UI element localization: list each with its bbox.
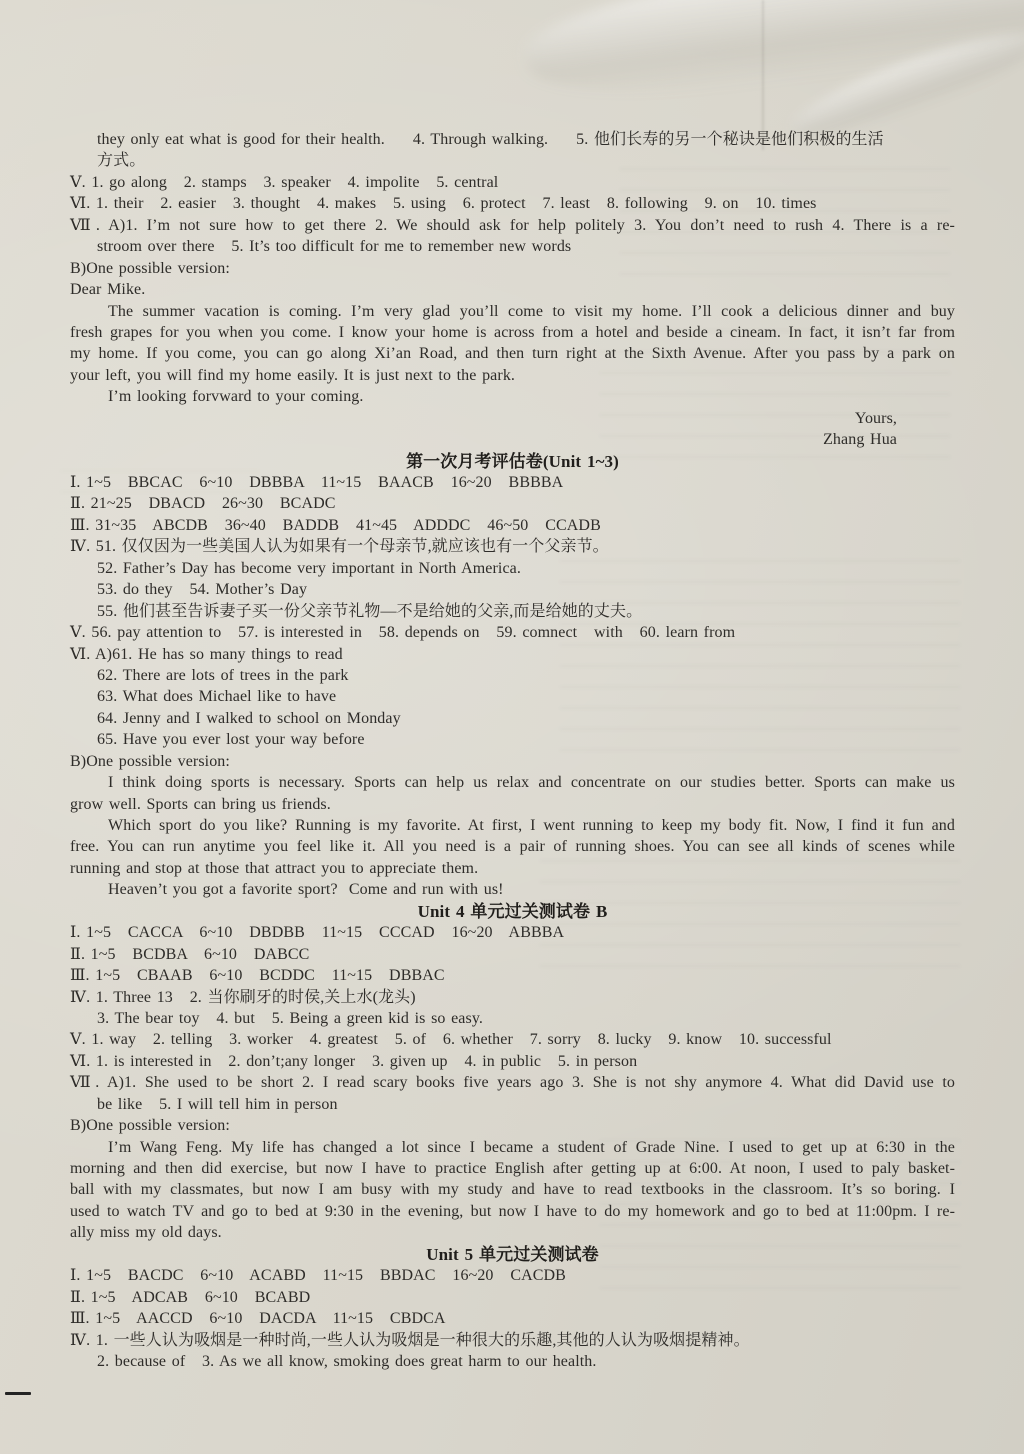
essay-line: I’m Wang Feng. My life has changed a lot…: [108, 1137, 955, 1158]
letter-body-line: your left, you will find my home easily.…: [70, 365, 955, 386]
answer-line: Ⅰ. 1~5 CACCA 6~10 DBDBB 11~15 CCCAD 16~2…: [70, 922, 955, 943]
letter-body-line: I’m looking forvward to your coming.: [108, 386, 955, 407]
answer-line: B)One possible version:: [70, 258, 955, 279]
essay-line: Heaven’t you got a favorite sport? Come …: [108, 879, 955, 900]
answer-line: 64. Jenny and I walked to school on Mond…: [97, 708, 955, 729]
answer-line: 53. do they 54. Mother’s Day: [97, 579, 955, 600]
answer-line: Ⅵ. 1. is interested in 2. don’t;any long…: [70, 1051, 955, 1072]
answer-line: Ⅴ. 1. go along 2. stamps 3. speaker 4. i…: [70, 172, 955, 193]
answer-line: Ⅵ. A)61. He has so many things to read: [70, 644, 955, 665]
page-content: they only eat what is good for their hea…: [70, 129, 955, 1372]
section-unit3-test-tail: they only eat what is good for their hea…: [70, 129, 955, 451]
section-heading: Unit 5 单元过关测试卷: [70, 1244, 955, 1265]
answer-line: Ⅴ. 56. pay attention to 57. is intereste…: [70, 622, 955, 643]
answer-line: 62. There are lots of trees in the park: [97, 665, 955, 686]
answer-line: stroom over there 5. It’s too difficult …: [97, 236, 955, 257]
answer-line: Ⅰ. 1~5 BACDC 6~10 ACABD 11~15 BBDAC 16~2…: [70, 1265, 955, 1286]
answer-line: 3. The bear toy 4. but 5. Being a green …: [97, 1008, 955, 1029]
paper-crease: [762, 0, 764, 150]
paper-crease: [519, 0, 1024, 114]
answer-line: Ⅳ. 1. Three 13 2. 当你刷牙的时侯,关上水(龙头): [70, 987, 955, 1008]
section-heading: Unit 4 单元过关测试卷 B: [70, 901, 955, 922]
essay-line: ball with my classmates, but now I am bu…: [70, 1179, 955, 1200]
answer-line: Ⅲ. 31~35 ABCDB 36~40 BADDB 41~45 ADDDC 4…: [70, 515, 955, 536]
corner-dash-mark: [5, 1392, 31, 1395]
answer-line: 55. 他们甚至告诉妻子买一份父亲节礼物—不是给她的父亲,而是给她的丈夫。: [97, 601, 955, 622]
answer-line: Ⅱ. 1~5 BCDBA 6~10 DABCC: [70, 944, 955, 965]
answer-line: B)One possible version:: [70, 751, 955, 772]
answer-line: Ⅶ. A)1. I’m not sure how to get there 2.…: [70, 215, 955, 236]
letter-body-line: my home. If you come, you can go along X…: [70, 343, 955, 364]
answer-line: Ⅳ. 1. 一些人认为吸烟是一种时尚,一些人认为吸烟是一种很大的乐趣,其他的人认…: [70, 1330, 955, 1351]
answer-line: they only eat what is good for their hea…: [97, 129, 955, 150]
scanned-page: they only eat what is good for their hea…: [0, 0, 1024, 1454]
answer-line: Ⅱ. 1~5 ADCAB 6~10 BCABD: [70, 1287, 955, 1308]
essay-line: running and stop at those that attract y…: [70, 858, 955, 879]
section-monthly-exam-unit1-3: 第一次月考评估卷(Unit 1~3) Ⅰ. 1~5 BBCAC 6~10 DBB…: [70, 451, 955, 901]
answer-line: 63. What does Michael like to have: [97, 686, 955, 707]
answer-line: Ⅱ. 21~25 DBACD 26~30 BCADC: [70, 493, 955, 514]
answer-line: Ⅰ. 1~5 BBCAC 6~10 DBBBA 11~15 BAACB 16~2…: [70, 472, 955, 493]
section-unit5-test: Unit 5 单元过关测试卷 Ⅰ. 1~5 BACDC 6~10 ACABD 1…: [70, 1244, 955, 1373]
essay-line: grow well. Sports can bring us friends.: [70, 794, 955, 815]
answer-line: 方式。: [97, 150, 955, 171]
letter-closing: Yours,: [70, 408, 955, 429]
essay-line: Which sport do you like? Running is my f…: [108, 815, 955, 836]
letter-salutation: Dear Mike.: [70, 279, 955, 300]
section-heading: 第一次月考评估卷(Unit 1~3): [70, 451, 955, 472]
answer-line: Ⅲ. 1~5 AACCD 6~10 DACDA 11~15 CBDCA: [70, 1308, 955, 1329]
answer-line: Ⅳ. 51. 仅仅因为一些美国人认为如果有一个母亲节,就应该也有一个父亲节。: [70, 536, 955, 557]
answer-line: be like 5. I will tell him in person: [97, 1094, 955, 1115]
letter-signature: Zhang Hua: [70, 429, 955, 450]
essay-line: free. You can run anytime you feel like …: [70, 836, 955, 857]
letter-body-line: The summer vacation is coming. I’m very …: [108, 301, 955, 322]
essay-line: used to watch TV and go to bed at 9:30 i…: [70, 1201, 955, 1222]
answer-line: Ⅴ. 1. way 2. telling 3. worker 4. greate…: [70, 1029, 955, 1050]
answer-line: 65. Have you ever lost your way before: [97, 729, 955, 750]
section-unit4-test-b: Unit 4 单元过关测试卷 B Ⅰ. 1~5 CACCA 6~10 DBDBB…: [70, 901, 955, 1244]
essay-line: I think doing sports is necessary. Sport…: [108, 772, 955, 793]
answer-line: Ⅶ. A)1. She used to be short 2. I read s…: [70, 1072, 955, 1093]
answer-line: B)One possible version:: [70, 1115, 955, 1136]
essay-line: morning and then did exercise, but now I…: [70, 1158, 955, 1179]
answer-line: Ⅵ. 1. their 2. easier 3. thought 4. make…: [70, 193, 955, 214]
letter-body-line: fresh grapes for you when you come. I kn…: [70, 322, 955, 343]
answer-line: 2. because of 3. As we all know, smoking…: [97, 1351, 955, 1372]
essay-line: ally miss my old days.: [70, 1222, 955, 1243]
answer-line: Ⅲ. 1~5 CBAAB 6~10 BCDDC 11~15 DBBAC: [70, 965, 955, 986]
answer-line: 52. Father’s Day has become very importa…: [97, 558, 955, 579]
